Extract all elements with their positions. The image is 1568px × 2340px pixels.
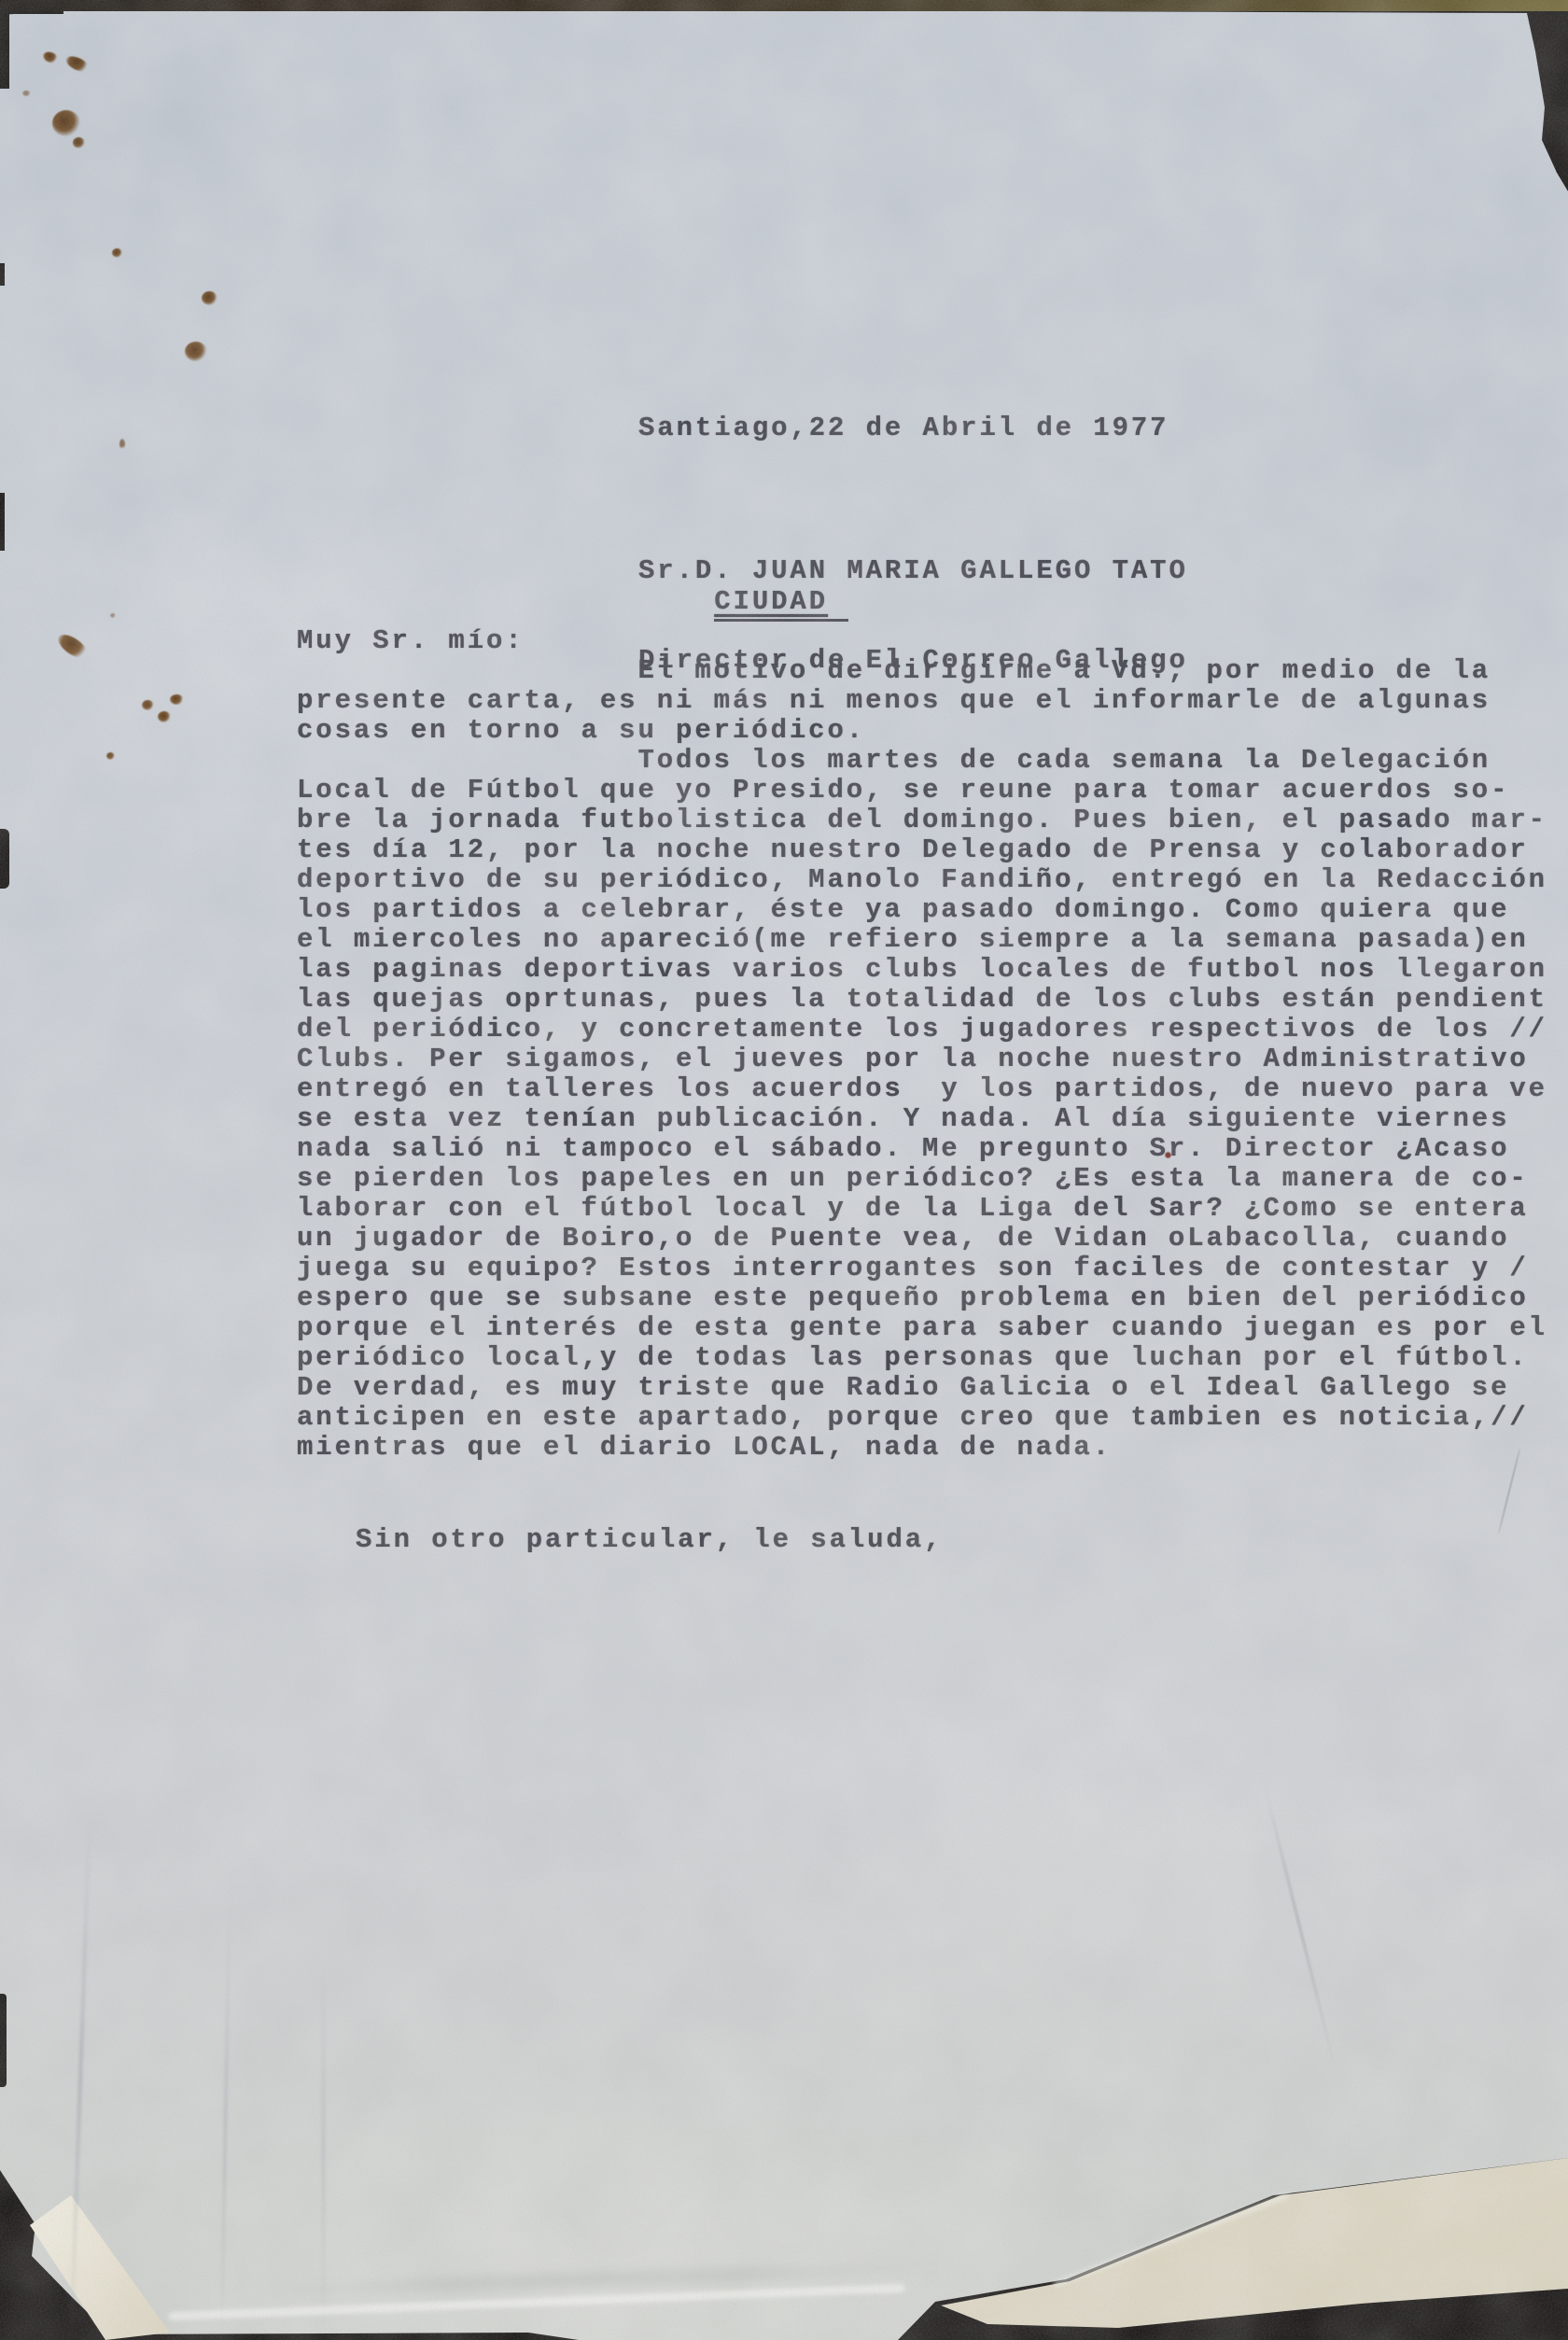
text-line: tes día 12, por la noche nuestro Delegad… bbox=[297, 835, 1547, 865]
stain bbox=[110, 613, 116, 618]
scanner-edge-left bbox=[0, 829, 9, 889]
text-line: De verdad, es muy triste que Radio Galic… bbox=[297, 1373, 1547, 1403]
scanner-edge-left bbox=[0, 493, 5, 551]
text-line: nada salió ni tampoco el sábado. Me preg… bbox=[297, 1134, 1547, 1164]
text-line: las paginas deportivas varios clubs loca… bbox=[297, 955, 1547, 985]
stain bbox=[52, 110, 80, 136]
scanner-edge-left bbox=[0, 1994, 7, 2087]
text-line: se pierden los papeles en un periódico? … bbox=[297, 1164, 1547, 1194]
stain bbox=[106, 752, 115, 760]
scanner-edge-left bbox=[0, 263, 5, 286]
text-line: bre la jornada futbolistica del domingo.… bbox=[297, 806, 1547, 835]
text-line: laborar con el fútbol local y de la Liga… bbox=[297, 1194, 1547, 1224]
text-line: del periódico, y concretamente los jugad… bbox=[297, 1015, 1547, 1044]
text-line: anticipen en este apartado, porque creo … bbox=[297, 1403, 1547, 1433]
letter-body: Muy Sr. mío: El motivo de dirigirme a Vd… bbox=[297, 626, 1547, 1463]
text-line: los partidos a celebrar, éste ya pasado … bbox=[297, 895, 1547, 925]
stain bbox=[158, 711, 171, 722]
text-line: entregó en talleres los acuerdos y los p… bbox=[297, 1074, 1547, 1104]
date-line: Santiago,22 de Abril de 1977 bbox=[638, 413, 1169, 443]
text-line: Clubs. Per sigamos, el jueves por la noc… bbox=[297, 1044, 1547, 1074]
text-line: se esta vez tenían publicación. Y nada. … bbox=[297, 1104, 1547, 1134]
text-line: periódico local,y de todas las personas … bbox=[297, 1343, 1547, 1373]
text-line: Todos los martes de cada semana la Deleg… bbox=[297, 746, 1547, 776]
text-line: El motivo de dirigirme a Vd., por medio … bbox=[297, 656, 1547, 686]
scanned-letter-page: Santiago,22 de Abril de 1977 Sr.D. JUAN … bbox=[0, 0, 1568, 2340]
text-line: juega su equipo? Estos interrogantes son… bbox=[297, 1254, 1547, 1283]
city-underlined-text: CIUDAD bbox=[714, 586, 848, 622]
text-line: presente carta, es ni más ni menos que e… bbox=[297, 686, 1547, 716]
stain bbox=[73, 137, 85, 148]
text-line: las quejas oprtunas, pues la totalidad d… bbox=[297, 985, 1547, 1015]
text-line: espero que se subsane este pequeño probl… bbox=[297, 1283, 1547, 1313]
stain bbox=[22, 91, 31, 96]
text-line: un jugador de Boiro,o de Puente vea, de … bbox=[297, 1224, 1547, 1254]
stain bbox=[112, 248, 122, 258]
closing-line: Sin otro particular, le saluda, bbox=[356, 1525, 943, 1555]
text-line: porque el interés de esta gente para sab… bbox=[297, 1313, 1547, 1343]
stain bbox=[185, 342, 207, 361]
scanner-edge-top bbox=[0, 0, 1568, 11]
text-line: deportivo de su periódico, Manolo Fandiñ… bbox=[297, 865, 1547, 895]
text-line: mientras que el diario LOCAL, nada de na… bbox=[297, 1433, 1547, 1463]
text-line: cosas en torno a su periódico. bbox=[297, 716, 1547, 746]
text-line: Muy Sr. mío: bbox=[297, 626, 1547, 656]
stain bbox=[119, 439, 125, 450]
text-line: el miercoles no apareció(me refiero siem… bbox=[297, 925, 1547, 955]
scanner-edge-left bbox=[0, 0, 9, 89]
text-line: Local de Fútbol que yo Presido, se reune… bbox=[297, 776, 1547, 806]
stain bbox=[202, 291, 217, 305]
stain bbox=[170, 694, 184, 705]
stain bbox=[142, 700, 154, 710]
